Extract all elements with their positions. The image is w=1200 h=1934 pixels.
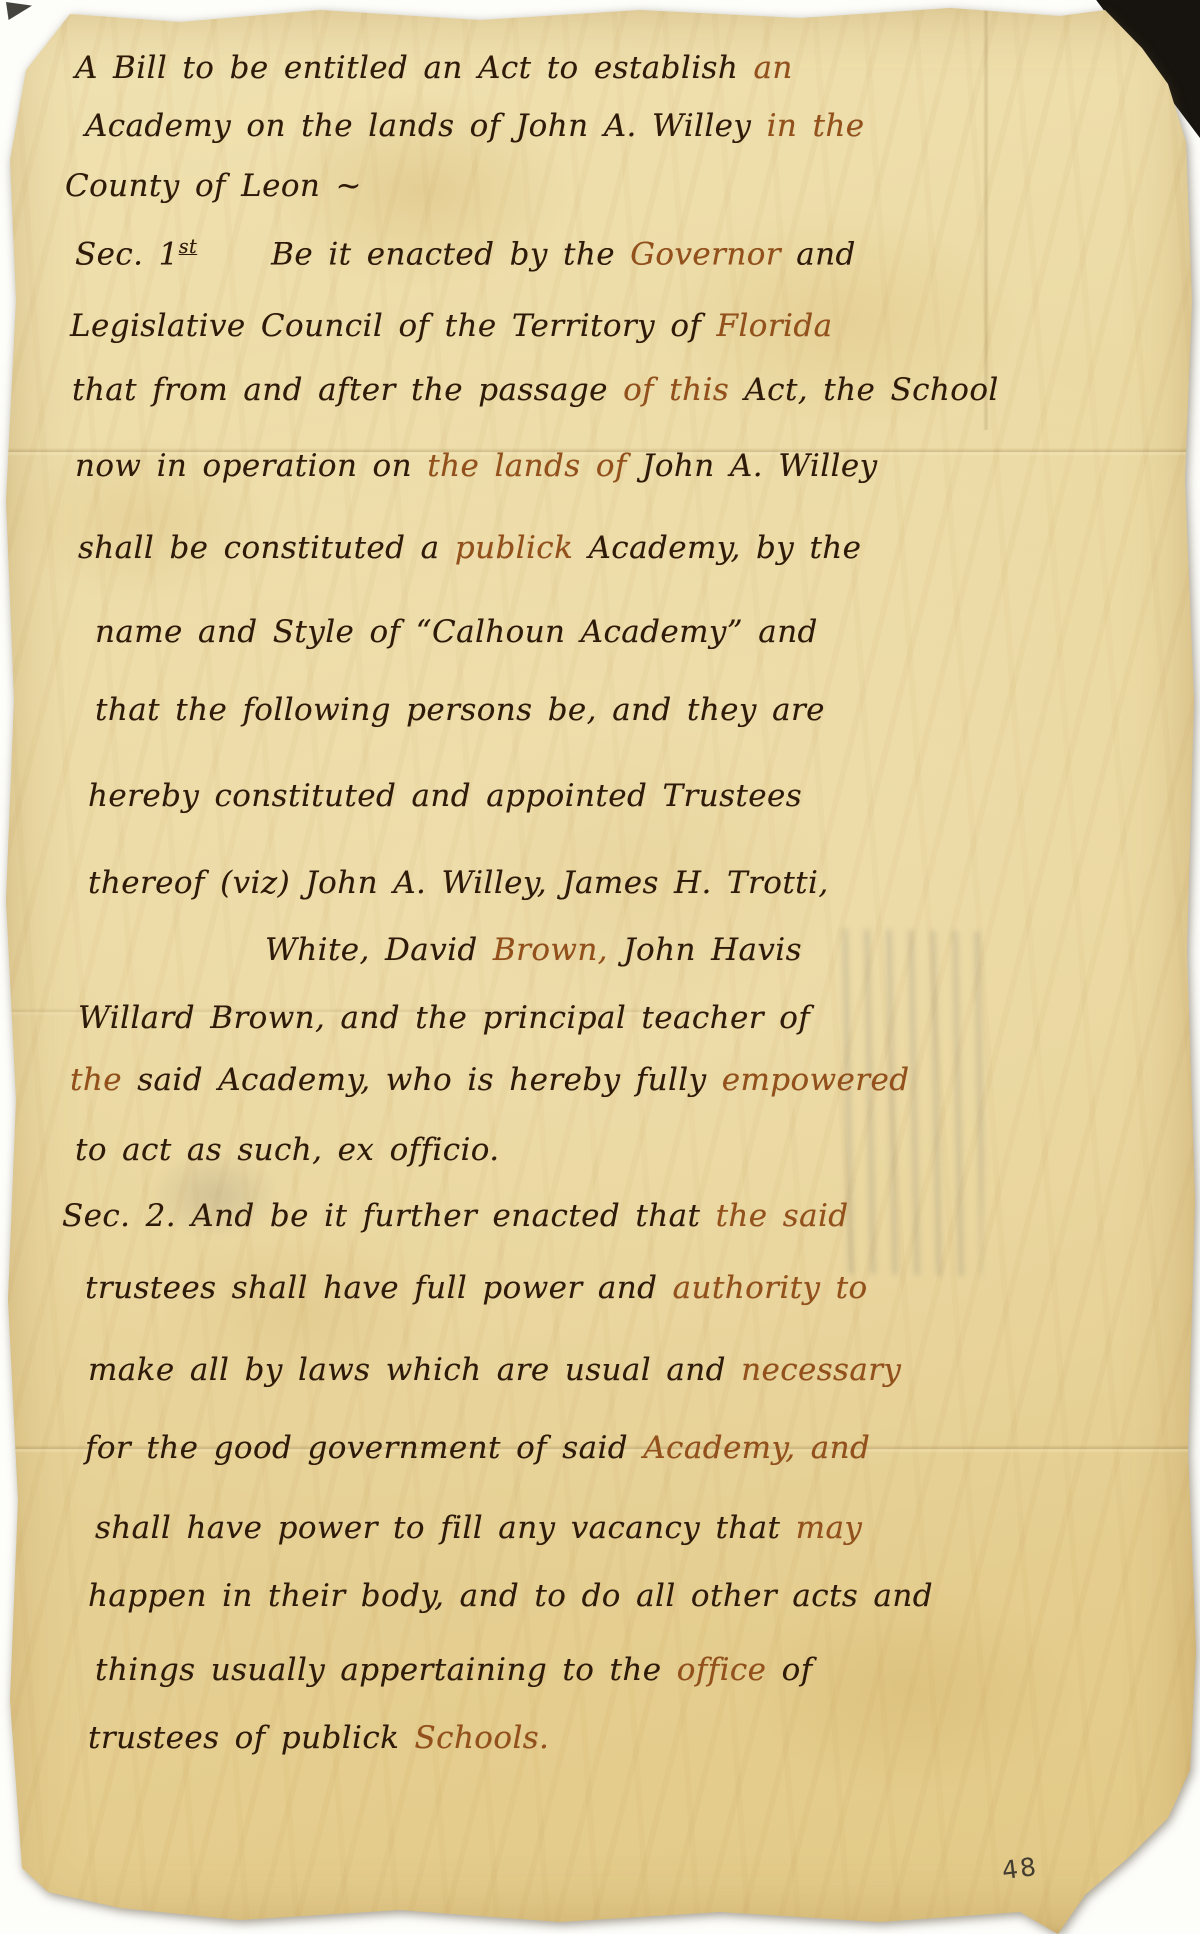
handwriting-segment: shall be constituted a [78, 530, 455, 566]
handwriting-segment: may [796, 1510, 863, 1546]
manuscript-line: hereby constituted and appointed Trustee… [88, 778, 802, 814]
handwriting-segment: the [70, 1062, 122, 1098]
manuscript-line: to act as such, ex officio. [75, 1132, 500, 1168]
manuscript-paper: A Bill to be entitled an Act to establis… [0, 0, 1200, 1934]
handwriting-segment: in the [767, 108, 865, 144]
manuscript-line: name and Style of “Calhoun Academy” and [95, 614, 818, 650]
handwriting-segment: Florida [717, 308, 833, 344]
handwriting-segment: office [677, 1652, 767, 1688]
handwriting-segment: the said [716, 1198, 849, 1234]
handwriting-segment: County of Leon ~ [65, 168, 362, 204]
handwriting-segment: st [179, 235, 197, 258]
handwriting-segment: for the good government of said [85, 1430, 643, 1466]
handwriting-segment: of [766, 1652, 812, 1688]
manuscript-line: A Bill to be entitled an Act to establis… [75, 50, 793, 86]
manuscript-line: shall have power to fill any vacancy tha… [95, 1510, 862, 1546]
handwriting-segment: to act as such, ex officio. [75, 1132, 500, 1168]
handwriting-segment: Schools. [415, 1720, 550, 1756]
scanned-page: A Bill to be entitled an Act to establis… [0, 0, 1200, 1934]
handwriting-segment: said Academy, who is hereby fully [122, 1062, 722, 1098]
manuscript-line: trustees of publick Schools. [88, 1720, 549, 1756]
page-number: 48 [1000, 1852, 1039, 1885]
handwriting-segment: empowered [722, 1062, 910, 1098]
handwriting-segment: name and Style of “Calhoun Academy” and [95, 614, 818, 650]
manuscript-line: make all by laws which are usual and nec… [88, 1352, 901, 1388]
handwriting-segment: necessary [741, 1352, 901, 1388]
handwriting-segment: John A. Willey [627, 448, 878, 484]
manuscript-line: that the following persons be, and they … [95, 692, 825, 728]
manuscript-line: thereof (viz) John A. Willey, James H. T… [88, 865, 829, 901]
manuscript-line: the said Academy, who is hereby fully em… [70, 1062, 910, 1098]
handwriting-segment: things usually appertaining to the [95, 1652, 677, 1688]
handwriting-segment: Academy, and [643, 1430, 870, 1466]
manuscript-line: trustees shall have full power and autho… [85, 1270, 868, 1306]
handwriting-segment: thereof (viz) John A. Willey, James H. T… [88, 865, 829, 901]
manuscript-line: Sec. 1stBe it enacted by the Governor an… [75, 235, 856, 272]
manuscript-line: that from and after the passage of this … [72, 372, 999, 408]
handwriting-segment: make all by laws which are usual and [88, 1352, 741, 1388]
handwriting-segment: and [781, 236, 856, 272]
manuscript-line: things usually appertaining to the offic… [95, 1652, 813, 1688]
handwriting-segment: hereby constituted and appointed Trustee… [88, 778, 802, 814]
handwriting-segment: of this [623, 372, 729, 408]
manuscript-line: now in operation on the lands of John A.… [75, 448, 878, 484]
handwriting-segment: an [753, 50, 792, 86]
manuscript-line: happen in their body, and to do all othe… [88, 1578, 933, 1614]
handwriting-segment: Governor [630, 236, 781, 272]
manuscript-lines: A Bill to be entitled an Act to establis… [0, 0, 1200, 1934]
handwriting-segment: Brown, [493, 932, 608, 968]
handwriting-segment: now in operation on [75, 448, 427, 484]
manuscript-line: Academy on the lands of John A. Willey i… [85, 108, 865, 144]
handwriting-segment: trustees of publick [88, 1720, 415, 1756]
manuscript-line: Legislative Council of the Territory of … [70, 308, 832, 344]
handwriting-segment: Sec. 1 [75, 236, 179, 272]
handwriting-segment: Sec. 2. And be it further enacted that [62, 1198, 716, 1234]
handwriting-segment: Academy, by the [573, 530, 861, 566]
handwriting-segment: Academy on the lands of John A. Willey [85, 108, 767, 144]
manuscript-line: for the good government of said Academy,… [85, 1430, 870, 1466]
handwriting-segment: A Bill to be entitled an Act to establis… [75, 50, 753, 86]
handwriting-segment: that from and after the passage [72, 372, 623, 408]
handwriting-segment: Legislative Council of the Territory of [70, 308, 717, 344]
handwriting-segment: the lands of [427, 448, 627, 484]
handwriting-segment: publick [455, 530, 573, 566]
handwriting-segment: Be it enacted by the [271, 236, 630, 272]
manuscript-line: Sec. 2. And be it further enacted that t… [62, 1198, 849, 1234]
handwriting-segment: John Havis [608, 932, 802, 968]
manuscript-line: White, David Brown, John Havis [265, 932, 802, 968]
handwriting-segment: White, David [265, 932, 493, 968]
handwriting-segment: happen in their body, and to do all othe… [88, 1578, 933, 1614]
handwriting-segment: Act, the School [729, 372, 999, 408]
handwriting-segment: authority to [673, 1270, 868, 1306]
handwriting-segment: trustees shall have full power and [85, 1270, 673, 1306]
handwriting-segment: shall have power to fill any vacancy tha… [95, 1510, 796, 1546]
manuscript-line: shall be constituted a publick Academy, … [78, 530, 861, 566]
handwriting-segment: Willard Brown, and the principal teacher… [78, 1000, 810, 1036]
manuscript-paper-wrap: A Bill to be entitled an Act to establis… [0, 0, 1200, 1934]
manuscript-line: County of Leon ~ [65, 168, 362, 204]
manuscript-line: Willard Brown, and the principal teacher… [78, 1000, 810, 1036]
handwriting-segment: that the following persons be, and they … [95, 692, 825, 728]
